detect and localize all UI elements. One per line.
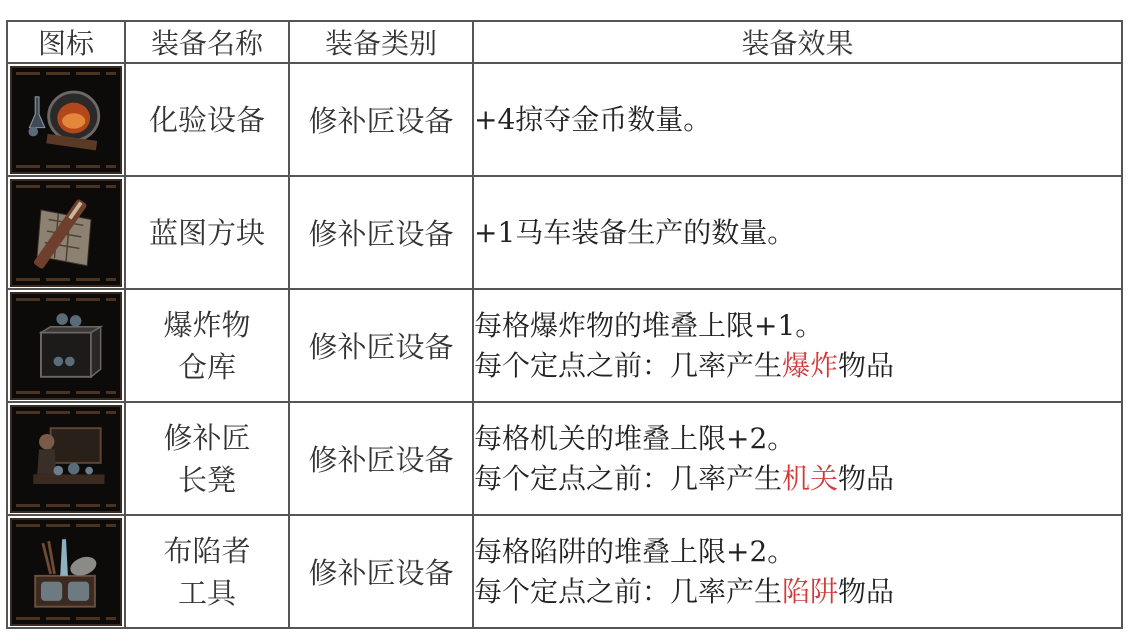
table-row: 爆炸物 仓库 修补匠设备 每格爆炸物的堆叠上限+1。 每个定点之前：几率产生爆炸…	[7, 289, 1122, 402]
effect-highlight: 爆炸	[782, 349, 838, 382]
header-row: 图标 装备名称 装备类别 装备效果	[7, 21, 1122, 63]
effect-text: 每格机关的堆叠上限+2。	[474, 419, 1121, 459]
tinker-bench-icon	[10, 405, 122, 513]
effect-text: +1马车装备生产的数量。	[474, 213, 1121, 253]
equipment-name: 蓝图方块	[126, 212, 288, 254]
equipment-category: 修补匠设备	[289, 289, 473, 402]
effect-text-line2: 每个定点之前：几率产生机关物品	[474, 459, 1121, 499]
equipment-name-line2: 仓库	[126, 346, 288, 388]
effect-text-line2: 每个定点之前：几率产生爆炸物品	[474, 346, 1121, 386]
effect-prefix: 每个定点之前：几率产生	[474, 462, 782, 495]
table-row: 布陷者 工具 修补匠设备 每格陷阱的堆叠上限+2。 每个定点之前：几率产生陷阱物…	[7, 515, 1122, 628]
blueprint-scroll-icon	[10, 179, 122, 287]
effect-suffix: 物品	[838, 462, 894, 495]
effect-text: 每格爆炸物的堆叠上限+1。	[474, 306, 1121, 346]
equipment-category: 修补匠设备	[289, 63, 473, 176]
equipment-name: 修补匠	[126, 417, 288, 459]
equipment-name: 布陷者	[126, 530, 288, 572]
effect-prefix: 每个定点之前：几率产生	[474, 349, 782, 382]
equipment-category: 修补匠设备	[289, 176, 473, 289]
effect-text: 每格陷阱的堆叠上限+2。	[474, 532, 1121, 572]
equipment-category: 修补匠设备	[289, 515, 473, 628]
header-name: 装备名称	[125, 21, 289, 63]
explosives-crate-icon	[10, 292, 122, 400]
alchemy-furnace-icon	[10, 66, 122, 174]
trapper-tools-icon	[10, 518, 122, 626]
effect-text-line2: 每个定点之前：几率产生陷阱物品	[474, 572, 1121, 612]
header-effect: 装备效果	[473, 21, 1122, 63]
equipment-table: 图标 装备名称 装备类别 装备效果	[6, 20, 1123, 629]
header-icon: 图标	[7, 21, 125, 63]
table-row: 化验设备 修补匠设备 +4掠夺金币数量。	[7, 63, 1122, 176]
table-row: 修补匠 长凳 修补匠设备 每格机关的堆叠上限+2。 每个定点之前：几率产生机关物…	[7, 402, 1122, 515]
effect-text: +4掠夺金币数量。	[474, 100, 1121, 140]
equipment-name-line2: 长凳	[126, 459, 288, 501]
equipment-category: 修补匠设备	[289, 402, 473, 515]
effect-highlight: 机关	[782, 462, 838, 495]
equipment-name: 爆炸物	[126, 304, 288, 346]
equipment-name: 化验设备	[126, 99, 288, 141]
effect-suffix: 物品	[838, 575, 894, 608]
effect-highlight: 陷阱	[782, 575, 838, 608]
effect-suffix: 物品	[838, 349, 894, 382]
table-row: 蓝图方块 修补匠设备 +1马车装备生产的数量。	[7, 176, 1122, 289]
header-category: 装备类别	[289, 21, 473, 63]
effect-prefix: 每个定点之前：几率产生	[474, 575, 782, 608]
equipment-name-line2: 工具	[126, 572, 288, 614]
